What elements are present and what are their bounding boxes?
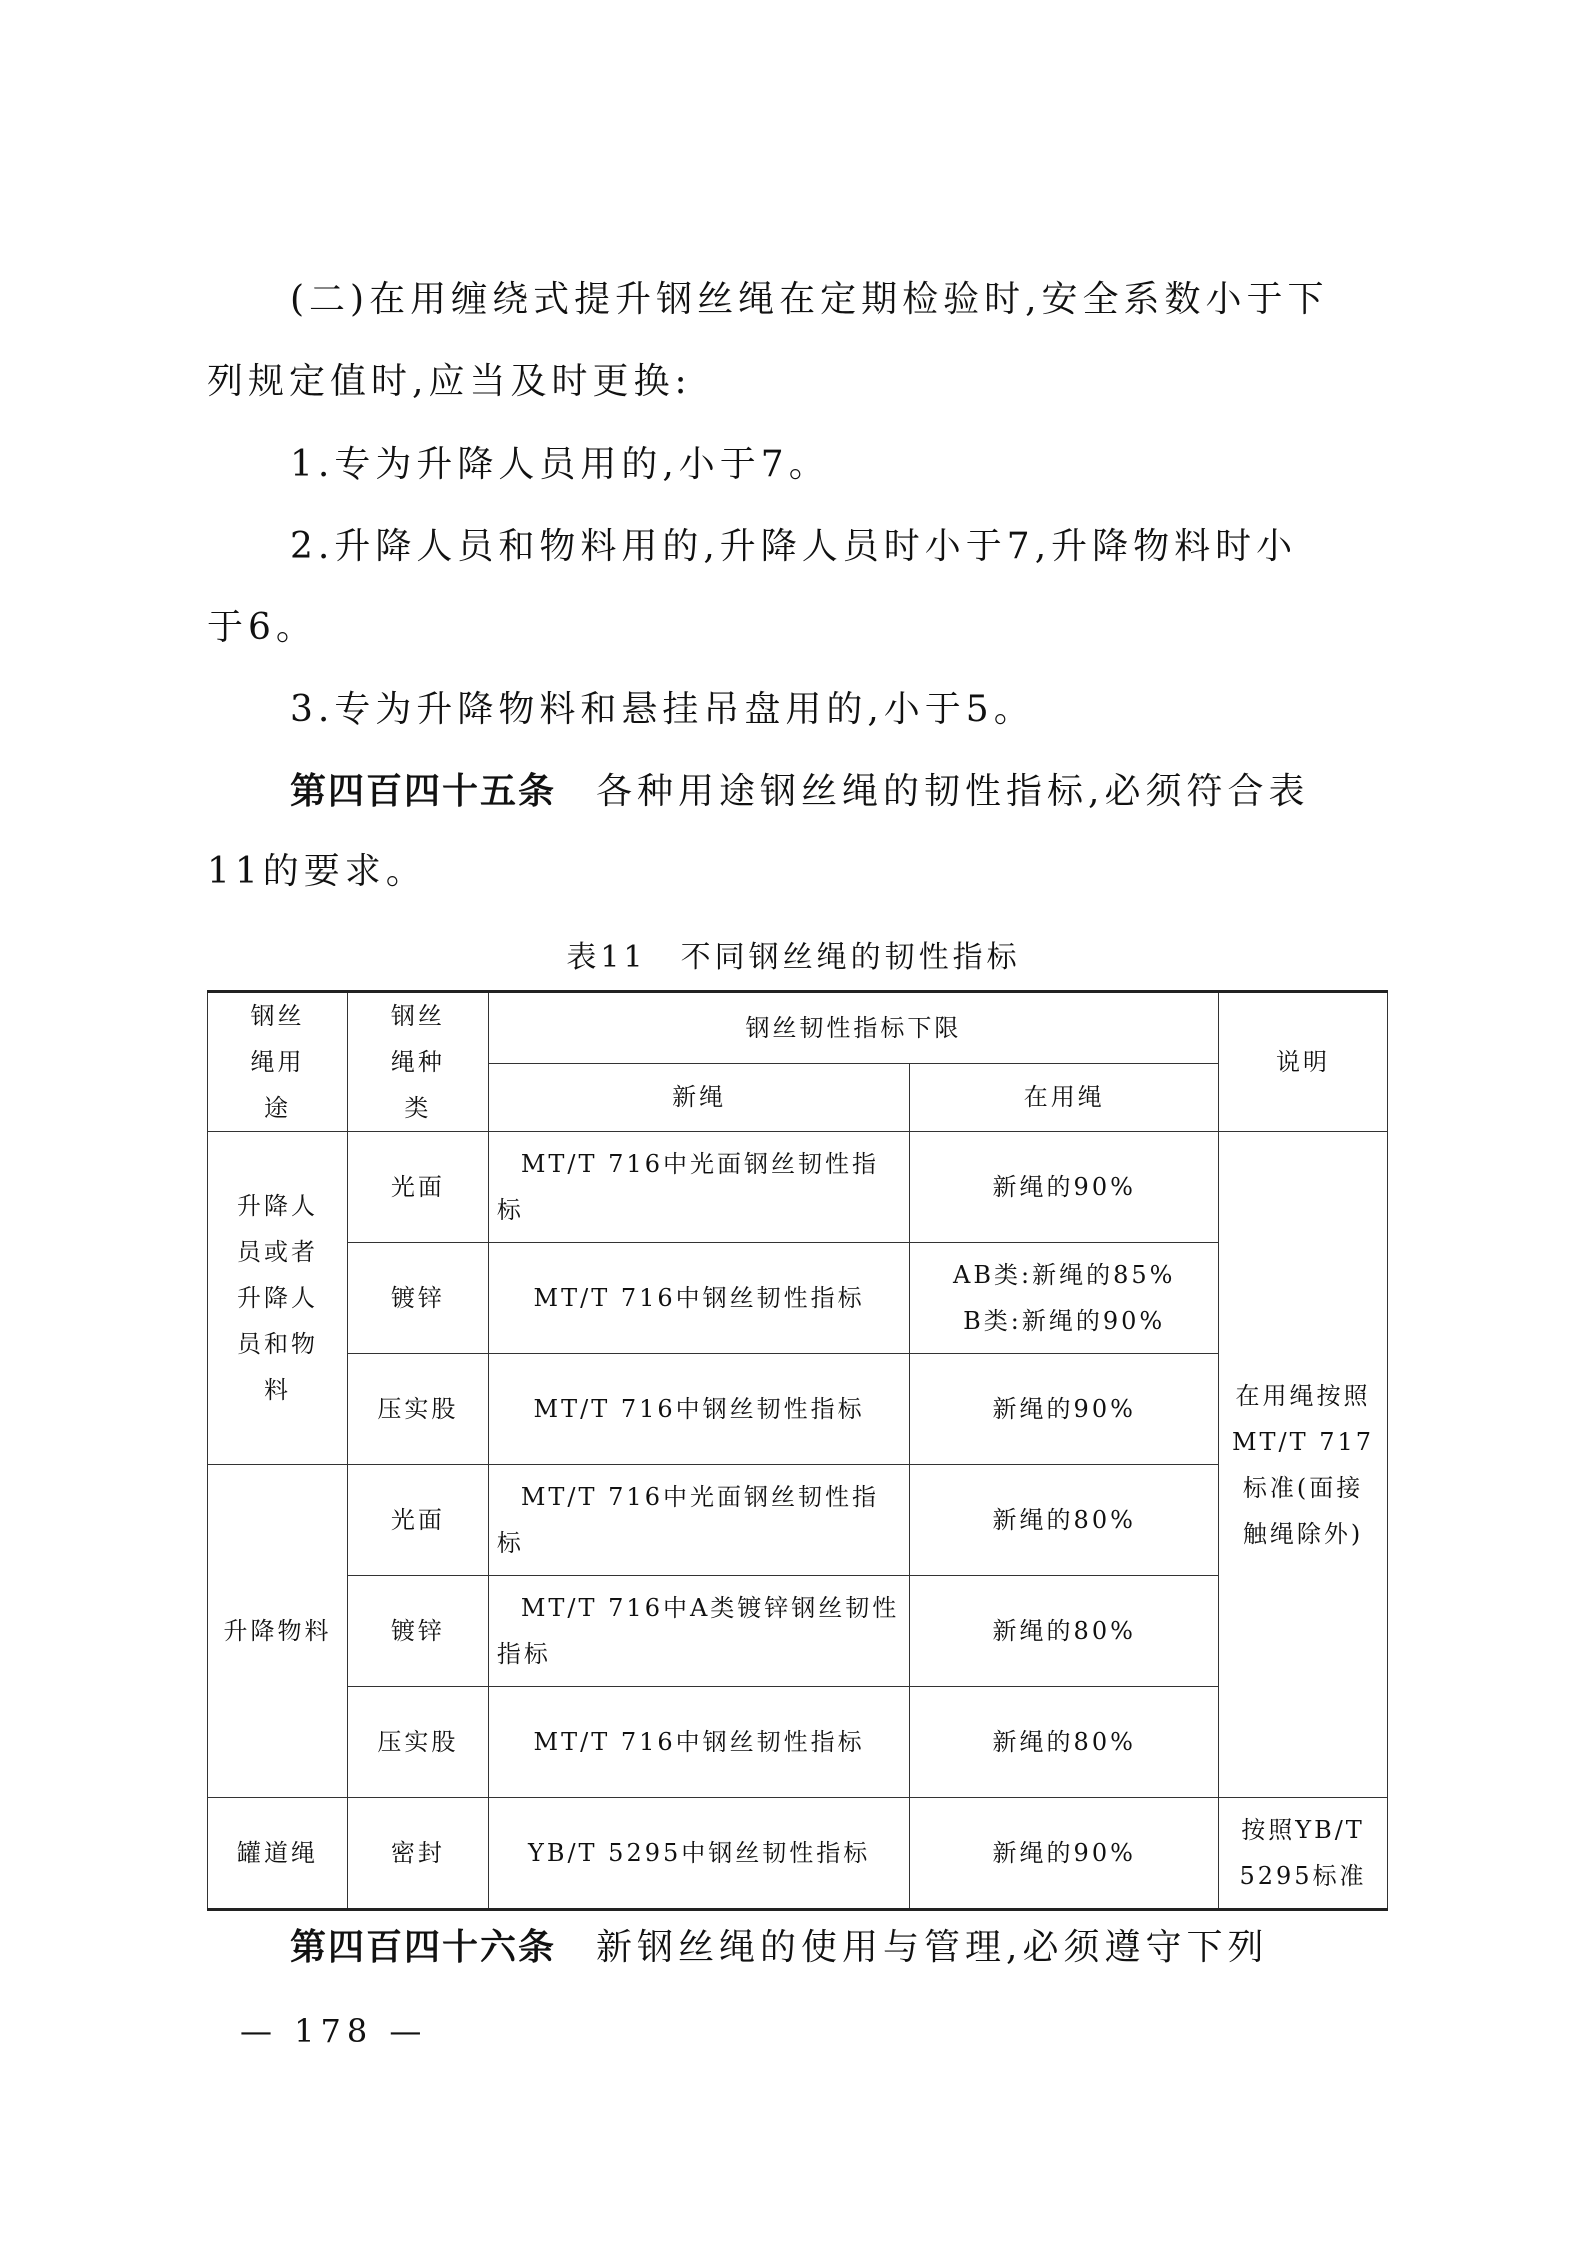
usage-material: 升降物料 <box>208 1465 348 1798</box>
article-446-text: 新钢丝绳的使用与管理,必须遵守下列 <box>596 1927 1268 1968</box>
in-use-cell: 新绳的90% <box>910 1354 1219 1465</box>
table-caption: 表11 不同钢丝绳的韧性指标 <box>0 932 1587 976</box>
header-in-use-rope: 在用绳 <box>910 1063 1219 1131</box>
table-row: 升降人员或者升降人员和物料 光面 MT/T 716中光面钢丝韧性指标 新绳的90… <box>208 1132 1388 1243</box>
table-row: 镀锌 MT/T 716中钢丝韧性指标 AB类:新绳的85%B类:新绳的90% <box>208 1243 1388 1354</box>
type-cell: 压实股 <box>347 1687 488 1798</box>
type-cell: 密封 <box>347 1798 488 1910</box>
header-usage: 钢丝绳用途 <box>208 992 348 1132</box>
type-cell: 光面 <box>347 1132 488 1243</box>
paragraph-2-line1: (二)在用缠绕式提升钢丝绳在定期检验时,安全系数小于下 <box>290 280 1329 320</box>
table-row: 罐道绳 密封 YB/T 5295中钢丝韧性指标 新绳的90% 按照YB/T 52… <box>208 1798 1388 1910</box>
type-cell: 镀锌 <box>347 1243 488 1354</box>
new-rope-cell: MT/T 716中光面钢丝韧性指标 <box>488 1465 910 1576</box>
new-rope-cell: MT/T 716中钢丝韧性指标 <box>488 1243 910 1354</box>
article-446: 第四百四十六条新钢丝绳的使用与管理,必须遵守下列 <box>290 1928 1268 1968</box>
usage-personnel: 升降人员或者升降人员和物料 <box>208 1132 348 1465</box>
type-cell: 光面 <box>347 1465 488 1576</box>
new-rope-cell: YB/T 5295中钢丝韧性指标 <box>488 1798 910 1910</box>
list-item-2-line1: 2.升降人员和物料用的,升降人员时小于7,升降物料时小 <box>290 527 1297 567</box>
article-445-title: 第四百四十五条 <box>290 771 556 812</box>
in-use-cell: 新绳的80% <box>910 1576 1219 1687</box>
header-type: 钢丝绳种类 <box>347 992 488 1132</box>
in-use-cell: 新绳的80% <box>910 1465 1219 1576</box>
type-cell: 压实股 <box>347 1354 488 1465</box>
header-lower-limit: 钢丝韧性指标下限 <box>488 992 1218 1064</box>
table-row: 镀锌 MT/T 716中A类镀锌钢丝韧性指标 新绳的80% <box>208 1576 1388 1687</box>
usage-guide-rope: 罐道绳 <box>208 1798 348 1910</box>
article-445-text: 各种用途钢丝绳的韧性指标,必须符合表 <box>596 771 1309 812</box>
paragraph-2-line2: 列规定值时,应当及时更换: <box>207 362 692 402</box>
list-item-3: 3.专为升降物料和悬挂吊盘用的,小于5。 <box>290 690 1035 730</box>
article-445: 第四百四十五条各种用途钢丝绳的韧性指标,必须符合表 <box>290 772 1309 812</box>
table-row: 升降物料 光面 MT/T 716中光面钢丝韧性指标 新绳的80% <box>208 1465 1388 1576</box>
page-number: — 178 — <box>240 2012 427 2050</box>
in-use-cell: AB类:新绳的85%B类:新绳的90% <box>910 1243 1219 1354</box>
article-445-line2: 11的要求。 <box>207 852 427 892</box>
table-row: 压实股 MT/T 716中钢丝韧性指标 新绳的80% <box>208 1687 1388 1798</box>
header-new-rope: 新绳 <box>488 1063 910 1131</box>
article-446-title: 第四百四十六条 <box>290 1927 556 1968</box>
notes-hoisting: 在用绳按照MT/T 717标准(面接触绳除外) <box>1219 1132 1388 1798</box>
header-notes: 说明 <box>1219 992 1388 1132</box>
new-rope-cell: MT/T 716中光面钢丝韧性指标 <box>488 1132 910 1243</box>
type-cell: 镀锌 <box>347 1576 488 1687</box>
list-item-1: 1.专为升降人员用的,小于7。 <box>290 445 830 485</box>
in-use-cell: 新绳的90% <box>910 1798 1219 1910</box>
in-use-cell: 新绳的90% <box>910 1132 1219 1243</box>
table-row: 压实股 MT/T 716中钢丝韧性指标 新绳的90% <box>208 1354 1388 1465</box>
in-use-cell: 新绳的80% <box>910 1687 1219 1798</box>
new-rope-cell: MT/T 716中A类镀锌钢丝韧性指标 <box>488 1576 910 1687</box>
list-item-2-line2: 于6。 <box>207 608 317 648</box>
new-rope-cell: MT/T 716中钢丝韧性指标 <box>488 1687 910 1798</box>
notes-guide-rope: 按照YB/T 5295标准 <box>1219 1798 1388 1910</box>
toughness-table: 钢丝绳用途 钢丝绳种类 钢丝韧性指标下限 说明 新绳 在用绳 升降人员或者升降人… <box>207 990 1388 1911</box>
new-rope-cell: MT/T 716中钢丝韧性指标 <box>488 1354 910 1465</box>
